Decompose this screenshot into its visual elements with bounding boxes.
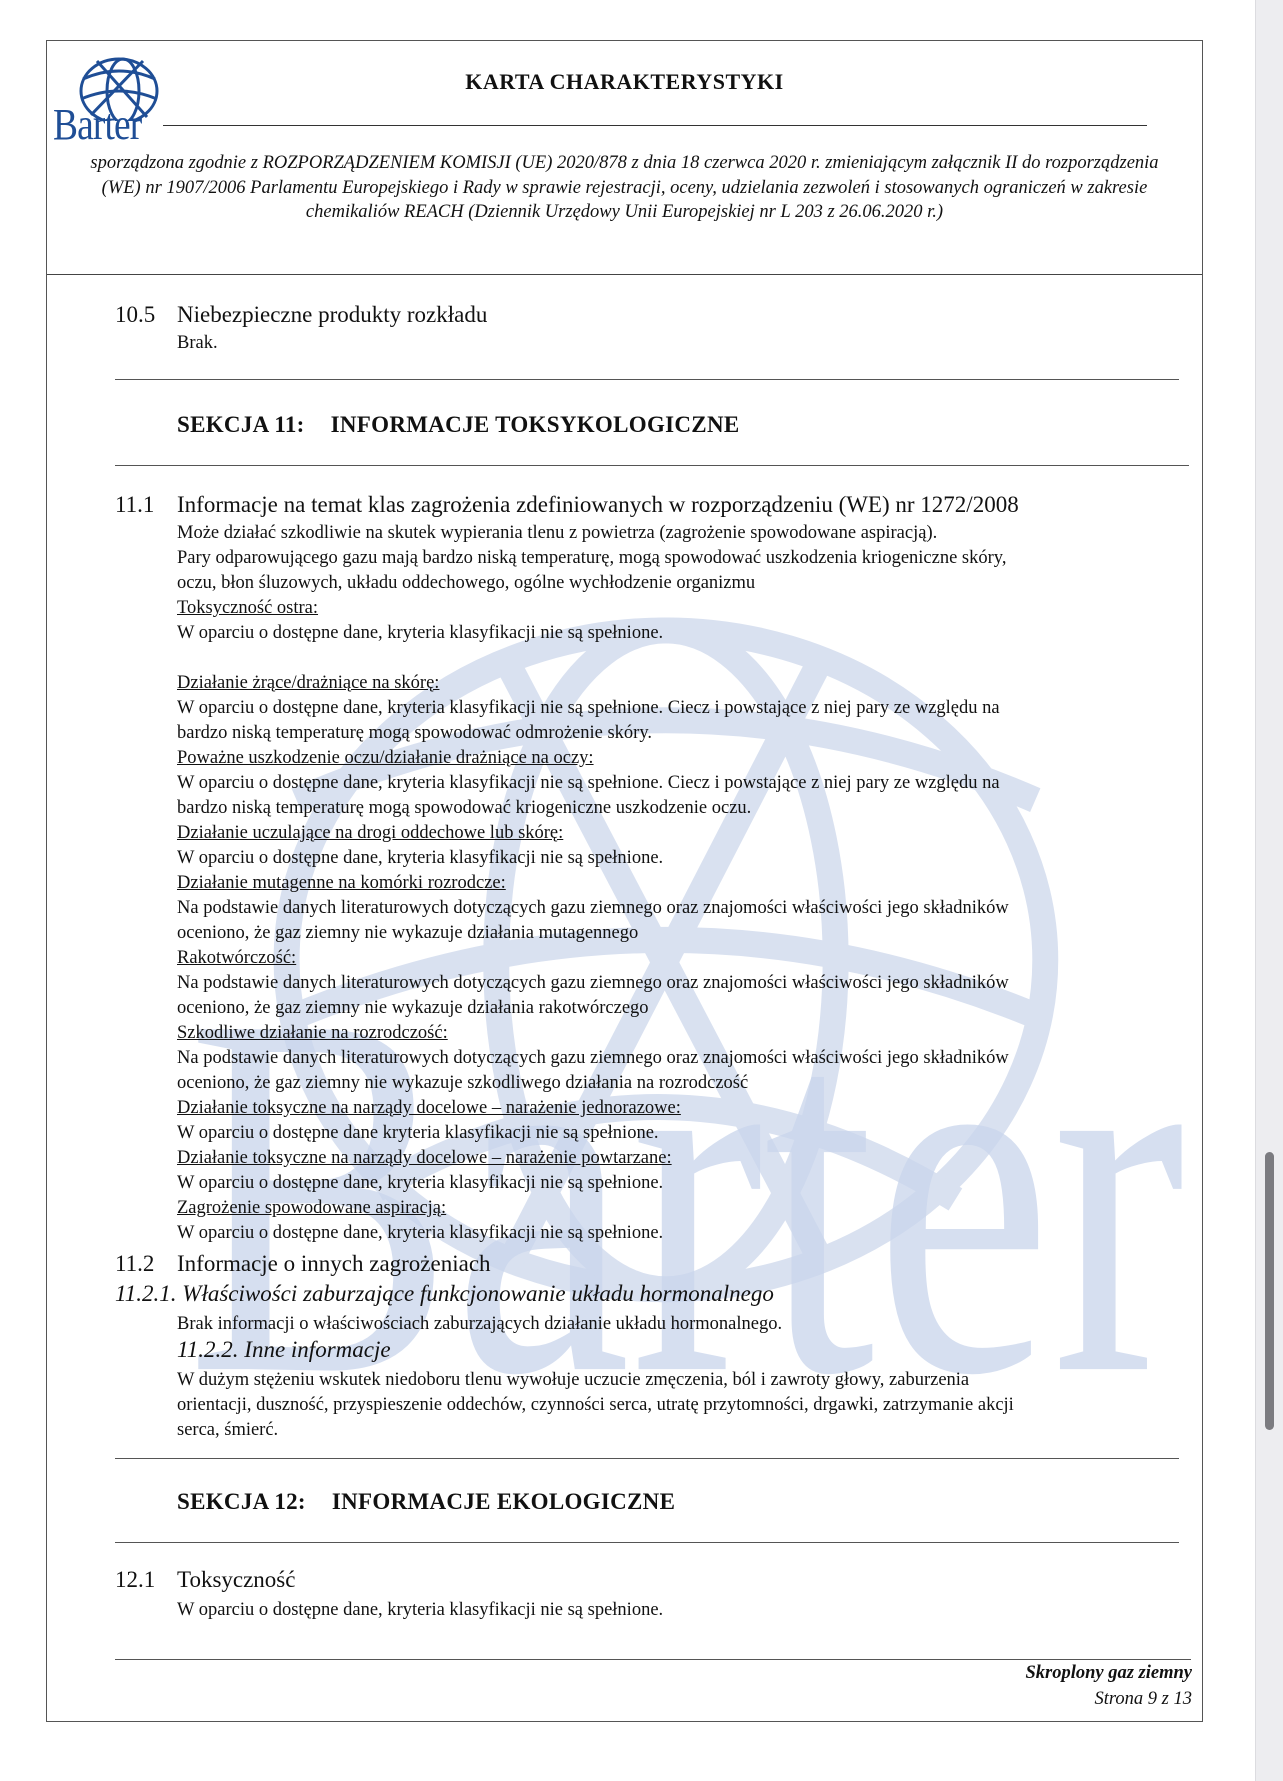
item-text: W oparciu o dostępne dane, kryteria klas…	[177, 621, 1187, 646]
section-number: 12.1	[115, 1567, 155, 1593]
footer-divider	[115, 1659, 1191, 1660]
section-heading: SEKCJA 12:INFORMACJE EKOLOGICZNE	[177, 1489, 675, 1515]
paragraph: W dużym stężeniu wskutek niedoboru tlenu…	[177, 1368, 1187, 1393]
subsubsection-title: 11.2.2. Inne informacje	[177, 1337, 391, 1363]
paragraph: Brak.	[177, 331, 1187, 356]
item-text: Na podstawie danych literaturowych dotyc…	[177, 971, 1187, 996]
divider	[115, 465, 1189, 466]
section-label: SEKCJA 11:	[177, 412, 305, 437]
divider	[115, 379, 1179, 380]
paragraph: Brak informacji o właściwościach zaburza…	[177, 1312, 1187, 1337]
item-text: oceniono, że gaz ziemny nie wykazuje dzi…	[177, 996, 1187, 1021]
item-heading: Działanie uczulające na drogi oddechowe …	[177, 821, 1187, 846]
footer-product-name: Skroplony gaz ziemny	[1025, 1663, 1192, 1684]
item-text: oceniono, że gaz ziemny nie wykazuje dzi…	[177, 921, 1187, 946]
paragraph: oczu, błon śluzowych, układu oddechowego…	[177, 571, 1187, 596]
subsection-title: Informacje na temat klas zagrożenia zdef…	[177, 492, 1019, 518]
section-title: INFORMACJE EKOLOGICZNE	[332, 1489, 675, 1514]
item-text: W oparciu o dostępne dane, kryteria klas…	[177, 696, 1187, 721]
paragraph: orientacji, duszność, przyspieszenie odd…	[177, 1393, 1187, 1418]
item-text: W oparciu o dostępne dane, kryteria klas…	[177, 1221, 1187, 1246]
item-text: W oparciu o dostępne dane kryteria klasy…	[177, 1121, 1187, 1146]
item-text: W oparciu o dostępne dane, kryteria klas…	[177, 771, 1187, 796]
item-heading: Działanie mutagenne na komórki rozrodcze…	[177, 871, 1187, 896]
item-heading: Działanie toksyczne na narządy docelowe …	[177, 1096, 1187, 1121]
item-heading: Działanie toksyczne na narządy docelowe …	[177, 1146, 1187, 1171]
divider	[115, 1542, 1179, 1543]
item-text: Na podstawie danych literaturowych dotyc…	[177, 896, 1187, 921]
subsection-title: Informacje o innych zagrożeniach	[177, 1251, 491, 1277]
item-text: oceniono, że gaz ziemny nie wykazuje szk…	[177, 1071, 1187, 1096]
paragraph: W oparciu o dostępne dane, kryteria klas…	[177, 1598, 1187, 1623]
item-text: W oparciu o dostępne dane, kryteria klas…	[177, 846, 1187, 871]
section-label: SEKCJA 12:	[177, 1489, 306, 1514]
divider	[115, 1458, 1179, 1459]
subsection-title: Niebezpieczne produkty rozkładu	[177, 302, 487, 328]
section-number: 11.2	[115, 1251, 154, 1277]
section-number: 10.5	[115, 302, 155, 328]
section-heading: SEKCJA 11:INFORMACJE TOKSYKOLOGICZNE	[177, 412, 740, 438]
scrollbar-thumb[interactable]	[1265, 1152, 1274, 1430]
section-title: INFORMACJE TOKSYKOLOGICZNE	[331, 412, 740, 437]
document-page: Barter Barter KARTA CHARAKTERYSTYKI spor…	[46, 40, 1203, 1722]
item-heading: Poważne uszkodzenie oczu/działanie drażn…	[177, 746, 1187, 771]
item-text: W oparciu o dostępne dane, kryteria klas…	[177, 1171, 1187, 1196]
item-heading: Szkodliwe działanie na rozrodczość:	[177, 1021, 1187, 1046]
item-text: bardzo niską temperaturę mogą spowodować…	[177, 796, 1187, 821]
paragraph: serca, śmierć.	[177, 1418, 1187, 1443]
item-text: Na podstawie danych literaturowych dotyc…	[177, 1046, 1187, 1071]
item-heading: Działanie żrące/drażniące na skórę:	[177, 671, 1187, 696]
section-number: 11.1	[115, 492, 154, 518]
subsection-title: Toksyczność	[177, 1567, 295, 1593]
item-heading: Rakotwórczość:	[177, 946, 1187, 971]
vertical-scrollbar[interactable]	[1255, 0, 1283, 1781]
paragraph: Pary odparowującego gazu mają bardzo nis…	[177, 546, 1187, 571]
footer-page-number: Strona 9 z 13	[1095, 1689, 1192, 1710]
item-heading: Zagrożenie spowodowane aspiracją:	[177, 1196, 1187, 1221]
item-heading: Toksyczność ostra:	[177, 596, 1187, 621]
subsubsection-title: 11.2.1. Właściwości zaburzające funkcjon…	[115, 1281, 774, 1307]
document-content: 10.5 Niebezpieczne produkty rozkładu Bra…	[47, 41, 1202, 1721]
paragraph: Może działać szkodliwie na skutek wypier…	[177, 521, 1187, 546]
item-text: bardzo niską temperaturę mogą spowodować…	[177, 721, 1187, 746]
